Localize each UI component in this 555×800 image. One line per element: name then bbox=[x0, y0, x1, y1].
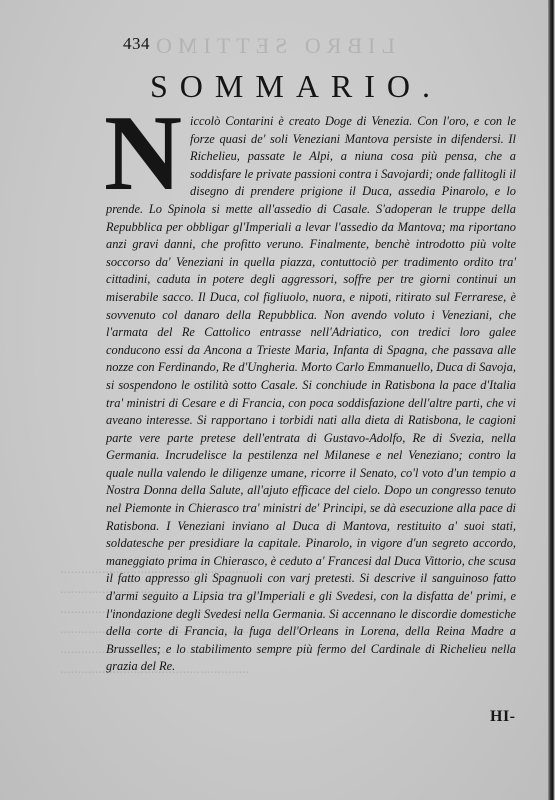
catchword: HI- bbox=[490, 708, 516, 726]
bleed-through-text: LIBRO SETTIMO bbox=[150, 36, 395, 55]
summary-paragraph: N iccolò Contarini è creato Doge di Vene… bbox=[106, 113, 516, 676]
book-page: LIBRO SETTIMO ..........................… bbox=[0, 0, 548, 800]
page-title: SOMMARIO. bbox=[150, 68, 442, 105]
page-edge-border bbox=[548, 0, 555, 800]
drop-cap: N bbox=[104, 115, 182, 199]
page-number: 434 bbox=[123, 34, 150, 54]
